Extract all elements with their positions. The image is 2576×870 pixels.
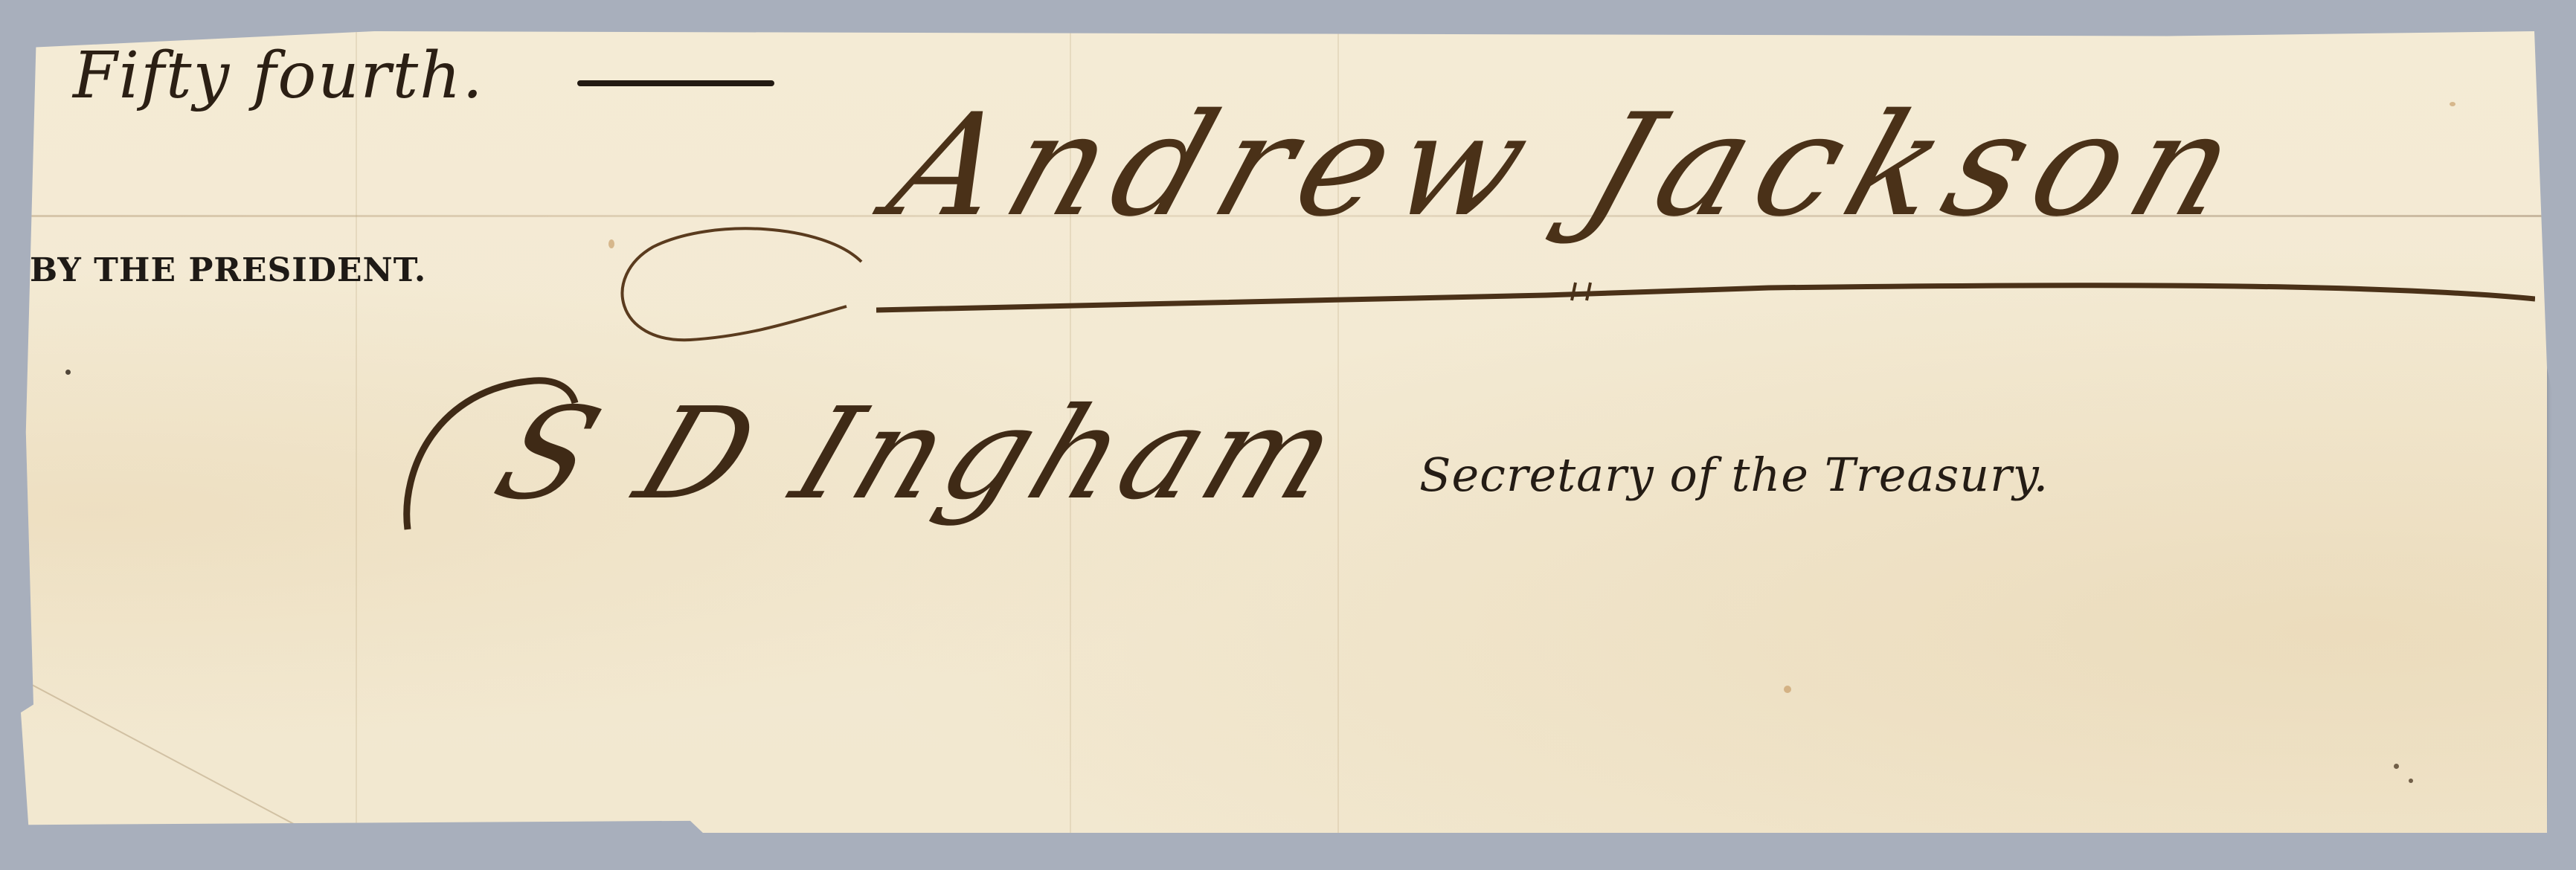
secretary-signature: S D Ingham xyxy=(478,381,1363,528)
printed-heading: BY THE PRESIDENT. xyxy=(30,251,426,289)
president-signature: Andrew Jackson xyxy=(872,83,2268,248)
foxing-spot xyxy=(2450,102,2455,106)
corner-tear-crease xyxy=(21,678,298,826)
signature-flourish xyxy=(876,277,2535,321)
handwritten-number-line: Fifty fourth. xyxy=(73,39,484,113)
ink-speck xyxy=(2409,779,2413,783)
ink-speck xyxy=(65,370,71,375)
ink-speck xyxy=(2394,764,2399,769)
vertical-fold-crease xyxy=(356,31,357,833)
foxing-spot xyxy=(608,239,614,248)
printed-secretary-title: Secretary of the Treasury. xyxy=(1419,448,2049,502)
foxing-spot xyxy=(1784,686,1791,693)
document-paper: Fifty fourth. BY THE PRESIDENT. Andrew J… xyxy=(21,31,2547,833)
signature-loop-flourish xyxy=(601,217,869,351)
number-line-rule xyxy=(577,80,774,86)
